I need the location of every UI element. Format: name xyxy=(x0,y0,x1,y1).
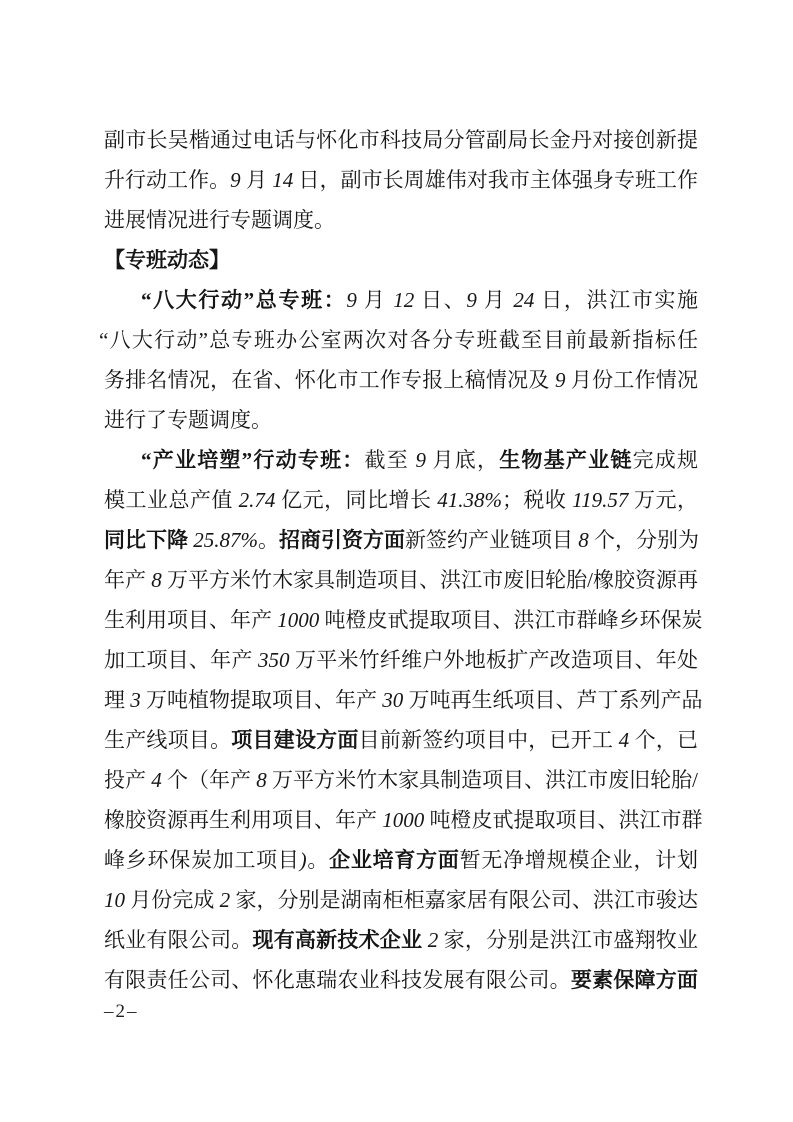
text-run: ；税收 xyxy=(502,488,572,512)
text-run: 升行动工作。 xyxy=(104,168,230,192)
text-run: 企业培育方面 xyxy=(329,848,459,872)
text-line: 生利用项目、年产 1000 吨橙皮甙提取项目、洪江市群峰乡环保炭 xyxy=(104,600,698,640)
text-line: 副市长吴楷通过电话与怀化市科技局分管副局长金丹对接创新提 xyxy=(104,120,698,160)
text-run: 2 xyxy=(428,928,439,952)
text-run: 理 xyxy=(104,688,130,712)
text-run: 8 xyxy=(256,768,267,792)
text-line: 纸业有限公司。现有高新技术企业 2 家，分别是洪江市盛翔牧业 xyxy=(104,920,698,960)
text-run: 万元， xyxy=(628,488,698,512)
text-run: 加工项目、年产 xyxy=(104,648,258,672)
text-run: 吨橙皮甙提取项目、洪江市群峰乡环保炭 xyxy=(319,608,702,632)
text-line: 橡胶资源再生利用项目、年产 1000 吨橙皮甙提取项目、洪江市群 xyxy=(104,800,698,840)
text-run: 8 xyxy=(151,568,162,592)
text-run: 投产 xyxy=(104,768,151,792)
text-run: 吨橙皮甙提取项目、洪江市群 xyxy=(424,808,702,832)
text-line: 同比下降 25.87%。招商引资方面新签约产业链项目 8 个，分别为 xyxy=(104,520,698,560)
text-line: 进展情况进行专题调度。 xyxy=(104,200,698,240)
text-run: 亿元，同比增长 xyxy=(275,488,437,512)
text-line: 模工业总产值 2.74 亿元，同比增长 41.38%；税收 119.57 万元， xyxy=(104,480,698,520)
text-run: 9 xyxy=(466,288,477,312)
document-page: 副市长吴楷通过电话与怀化市科技局分管副局长金丹对接创新提升行动工作。9 月 14… xyxy=(0,0,793,1122)
text-run: 峰乡环保炭加工项目 xyxy=(104,848,300,872)
text-run: 个，已 xyxy=(629,728,698,752)
text-run: 完成规 xyxy=(633,448,698,472)
text-run: 目前新签约项目中，已开工 xyxy=(359,728,619,752)
text-line: 投产 4 个（年产 8 万平方米竹木家具制造项目、洪江市废旧轮胎/ xyxy=(104,760,698,800)
text-run: 3 xyxy=(130,688,141,712)
text-run: 万吨再生纸项目、芦丁系列产品 xyxy=(403,688,702,712)
text-run: 生物基产业链 xyxy=(499,448,632,472)
text-run: “产业培塑”行动专班： xyxy=(141,448,365,472)
text-line: 加工项目、年产 350 万平米竹纤维户外地板扩产改造项目、年处 xyxy=(104,640,698,680)
text-run: 模工业总产值 xyxy=(104,488,239,512)
text-run: 生利用项目、年产 xyxy=(104,608,277,632)
text-line: 10 月份完成 2 家，分别是湖南柜柜嘉家居有限公司、洪江市骏达 xyxy=(104,880,698,920)
text-run: 个，分别为 xyxy=(589,528,699,552)
text-run: 4 xyxy=(619,728,630,752)
text-line: 峰乡环保炭加工项目)。企业培育方面暂无净增规模企业，计划 xyxy=(104,840,698,880)
text-line: “产业培塑”行动专班：截至 9 月底，生物基产业链完成规 xyxy=(104,440,698,480)
text-run: 务排名情况，在省、怀化市工作专报上稿情况及 xyxy=(104,368,555,392)
text-run: 万吨植物提取项目、年产 xyxy=(141,688,383,712)
text-run: 新签约产业链项目 xyxy=(405,528,578,552)
text-run: 月份工作情况 xyxy=(565,368,698,392)
text-run: 1000 xyxy=(277,608,319,632)
text-run: ) xyxy=(300,848,307,872)
text-run: 日，洪江市实施 xyxy=(534,288,698,312)
text-run: 家，分别是洪江市盛翔牧业 xyxy=(438,928,698,952)
text-run: 9 xyxy=(230,168,241,192)
text-run: 10 xyxy=(104,888,125,912)
text-line: 生产线项目。项目建设方面目前新签约项目中，已开工 4 个，已 xyxy=(104,720,698,760)
text-run: 万平方米竹木家具制造项目、洪江市废旧轮胎/ xyxy=(267,768,698,792)
text-run: 4 xyxy=(151,768,162,792)
text-run: 月底， xyxy=(426,448,499,472)
text-run: 橡胶资源再生利用项目、年产 xyxy=(104,808,382,832)
text-run: 有限责任公司、怀化惠瑞农业科技发展有限公司。 xyxy=(104,968,571,992)
text-line: 年产 8 万平方米竹木家具制造项目、洪江市废旧轮胎/橡胶资源再 xyxy=(104,560,698,600)
text-run: 2.74 xyxy=(239,488,276,512)
text-run: 25.87% xyxy=(193,528,258,552)
text-run: 月份完成 xyxy=(125,888,220,912)
text-run: 生产线项目。 xyxy=(104,728,231,752)
text-run: 日、 xyxy=(414,288,466,312)
text-run: 日，副市长周雄伟对我市主体强身专班工作 xyxy=(293,168,698,192)
text-line: 进行了专题调度。 xyxy=(104,400,698,440)
text-run: 月 xyxy=(241,168,273,192)
text-run: 119.57 xyxy=(572,488,628,512)
text-run: 年产 xyxy=(104,568,151,592)
text-line: “八大行动”总专班：9 月 12 日、9 月 24 日，洪江市实施 xyxy=(104,280,698,320)
text-line: “八大行动”总专班办公室两次对各分专班截至目前最新指标任 xyxy=(104,320,698,360)
text-run: 个（年产 xyxy=(162,768,257,792)
text-run: 350 xyxy=(258,648,290,672)
text-run: 月 xyxy=(477,288,513,312)
text-run: 进行了专题调度。 xyxy=(104,408,272,432)
text-run: “八大行动”总专班： xyxy=(141,288,346,312)
text-line: 有限责任公司、怀化惠瑞农业科技发展有限公司。要素保障方面 xyxy=(104,960,698,1000)
text-run: 41.38% xyxy=(437,488,502,512)
text-run: 副市长吴楷通过电话与怀化市科技局分管副局长金丹对接创新提 xyxy=(104,128,698,152)
document-body: 副市长吴楷通过电话与怀化市科技局分管副局长金丹对接创新提升行动工作。9 月 14… xyxy=(104,120,698,1000)
text-run: 9 xyxy=(346,288,357,312)
text-run: 暂无净增规模企业，计划 xyxy=(460,848,698,872)
text-run: 24 xyxy=(513,288,534,312)
text-run: 万平米竹纤维户外地板扩产改造项目、年处 xyxy=(290,648,698,672)
text-run: 8 xyxy=(578,528,589,552)
text-run: 12 xyxy=(393,288,414,312)
text-run: 家，分别是湖南柜柜嘉家居有限公司、洪江市骏达 xyxy=(230,888,698,912)
text-run: 进展情况进行专题调度。 xyxy=(104,208,335,232)
text-run: 同比下降 xyxy=(104,528,193,552)
text-run: 1000 xyxy=(382,808,424,832)
text-run: 9 xyxy=(416,448,427,472)
text-run: 。 xyxy=(258,528,279,552)
text-run: 。 xyxy=(307,848,329,872)
text-run: 月 xyxy=(357,288,393,312)
text-line: 务排名情况，在省、怀化市工作专报上稿情况及 9 月份工作情况 xyxy=(104,360,698,400)
page-number: –2– xyxy=(104,1002,139,1022)
text-line: 升行动工作。9 月 14 日，副市长周雄伟对我市主体强身专班工作 xyxy=(104,160,698,200)
text-run: 【专班动态】 xyxy=(104,248,230,272)
text-run: 项目建设方面 xyxy=(231,728,358,752)
text-run: 纸业有限公司。 xyxy=(104,928,253,952)
text-run: 2 xyxy=(220,888,231,912)
text-line: 理 3 万吨植物提取项目、年产 30 万吨再生纸项目、芦丁系列产品 xyxy=(104,680,698,720)
text-run: 9 xyxy=(555,368,566,392)
text-run: “八大行动”总专班办公室两次对各分专班截至目前最新指标任 xyxy=(99,328,698,352)
text-run: 截至 xyxy=(365,448,416,472)
text-run: 14 xyxy=(272,168,293,192)
text-run: 要素保障方面 xyxy=(571,968,698,992)
text-run: 招商引资方面 xyxy=(279,528,405,552)
text-run: 万平方米竹木家具制造项目、洪江市废旧轮胎/橡胶资源再 xyxy=(162,568,698,592)
text-run: 现有高新技术企业 xyxy=(253,928,423,952)
text-line: 【专班动态】 xyxy=(104,240,698,280)
text-run: 30 xyxy=(382,688,403,712)
